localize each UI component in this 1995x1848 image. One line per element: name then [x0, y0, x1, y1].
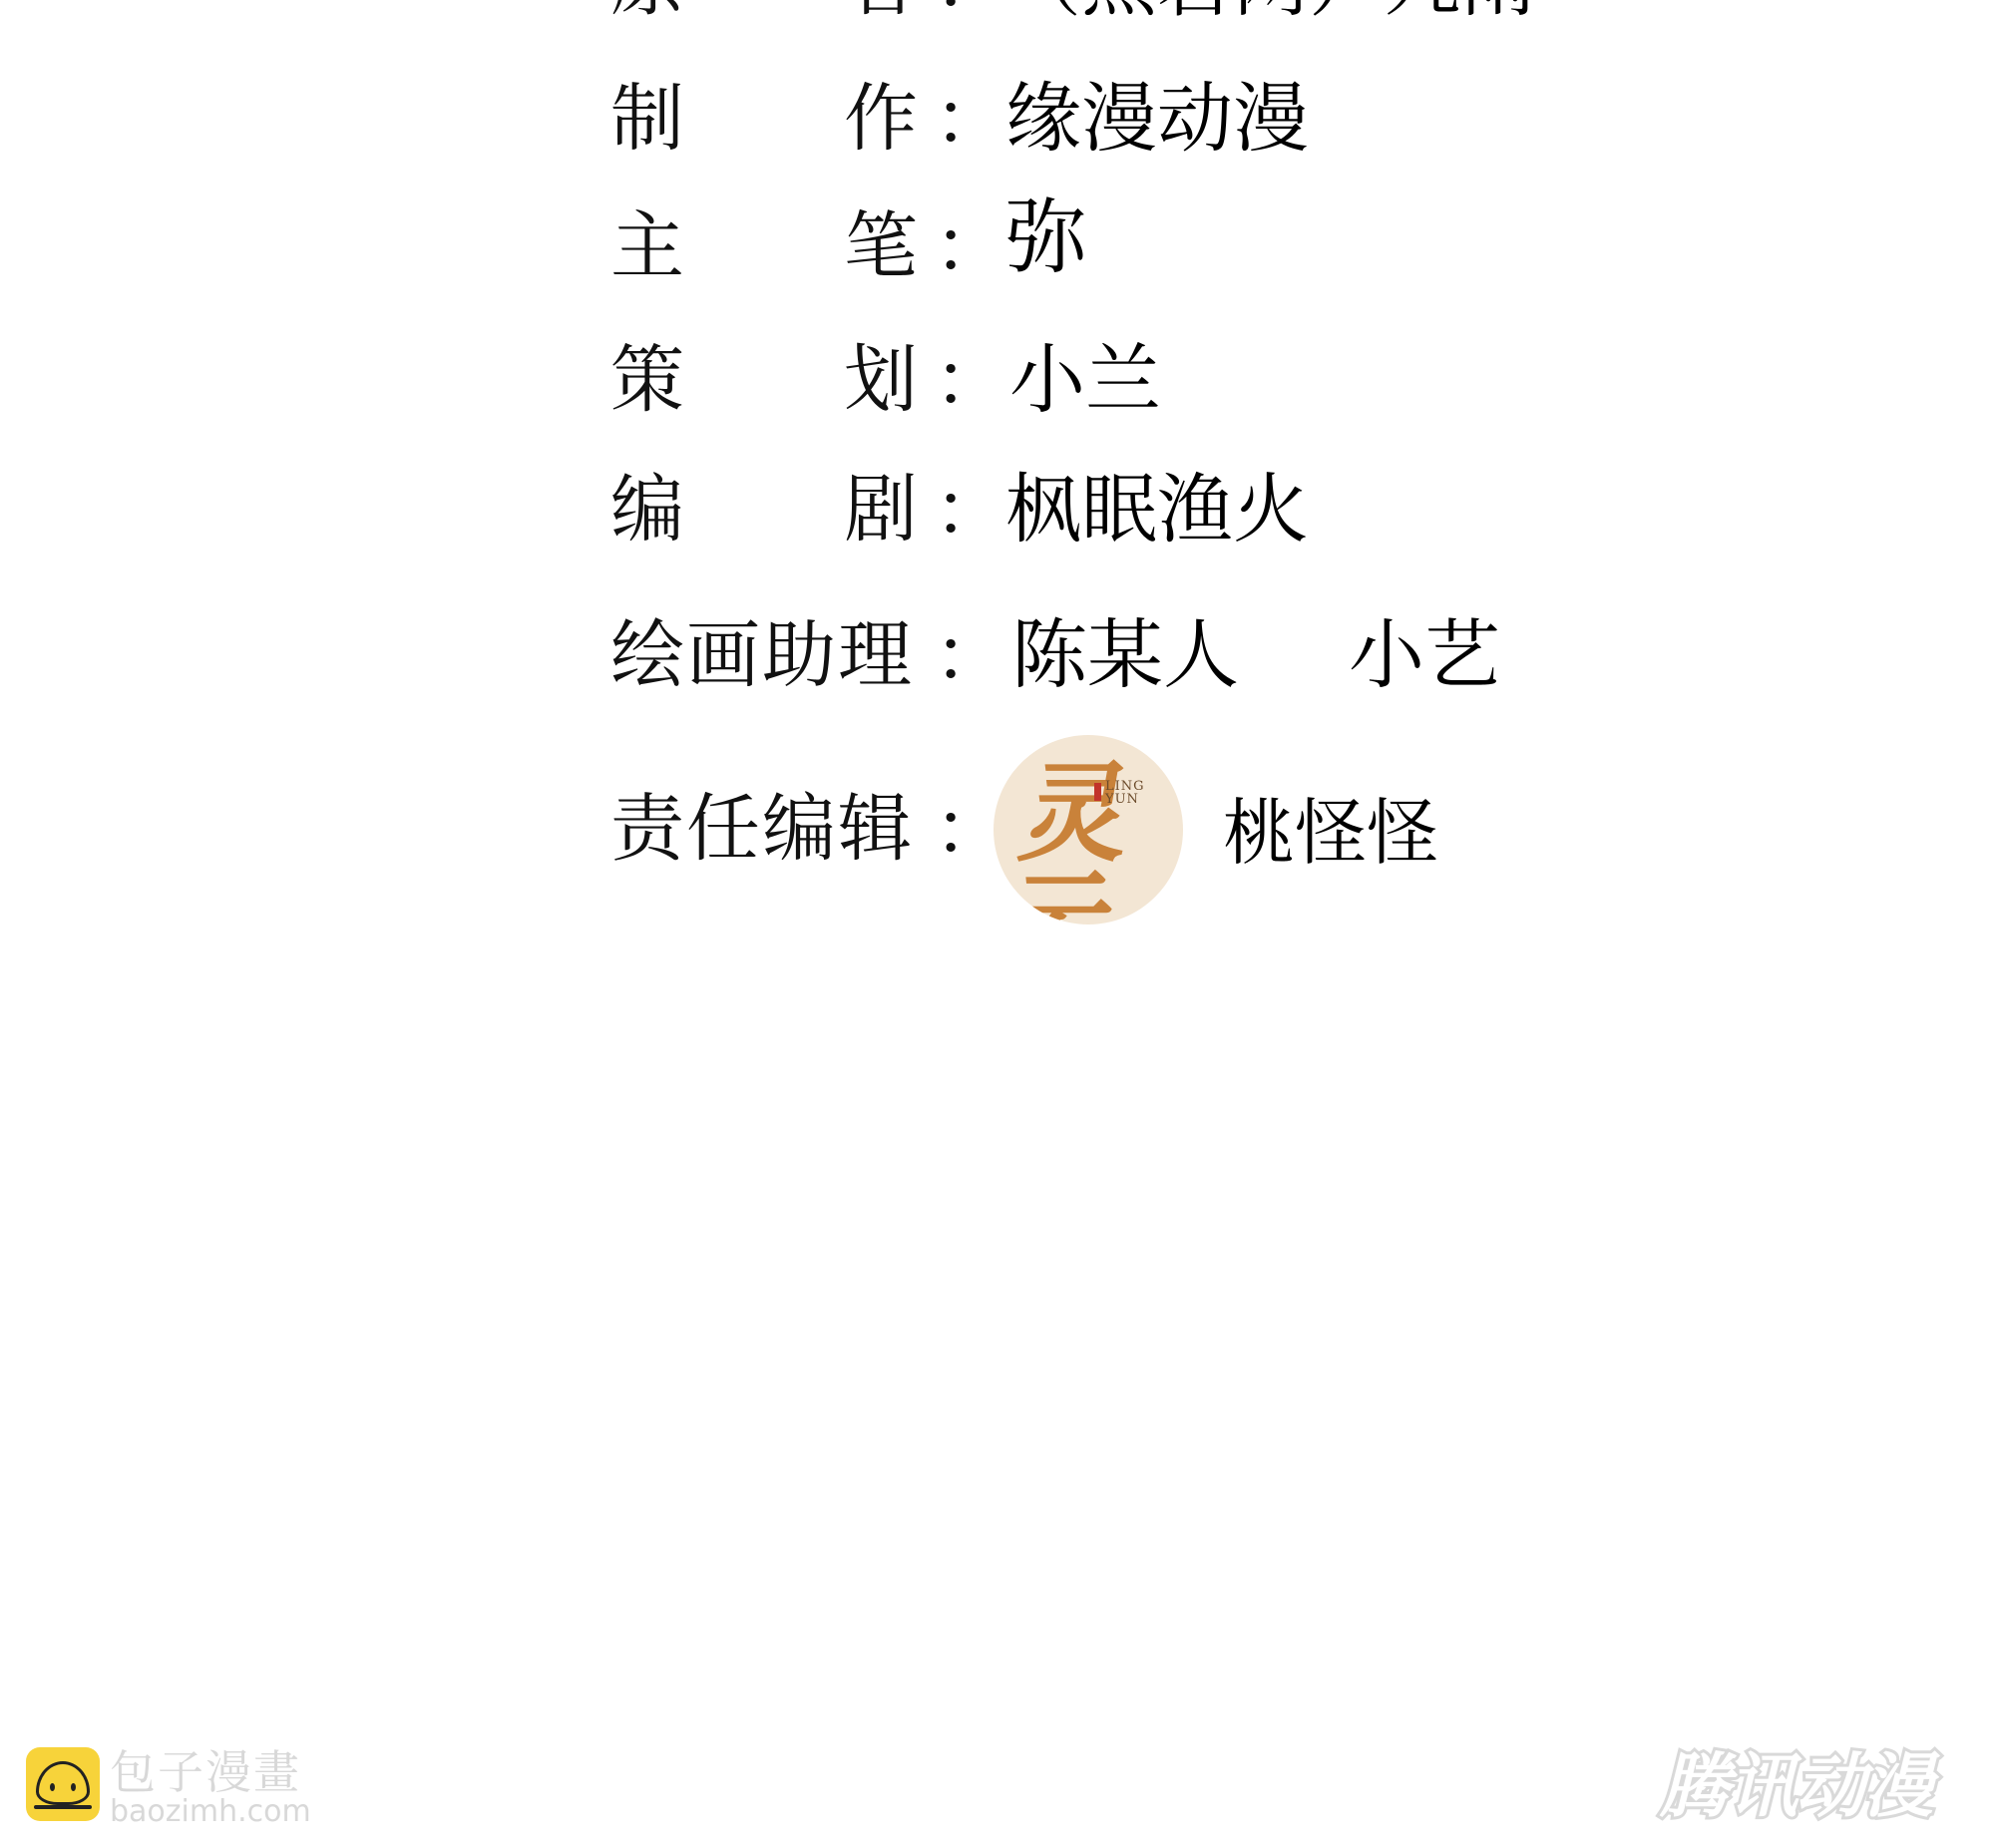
- credit-label-char: 策: [610, 335, 684, 425]
- credit-label-char: 划: [844, 335, 918, 425]
- credit-label-char: 剧: [844, 465, 918, 554]
- lingyun-calligraphy: 灵云: [995, 760, 1183, 924]
- credit-colon: ：: [934, 465, 1007, 554]
- credit-label-char: 制: [610, 74, 684, 164]
- credit-colon: ：: [934, 0, 1007, 28]
- credit-colon: ：: [934, 201, 1007, 291]
- credit-label-char: 著: [844, 0, 918, 28]
- lingyun-logo: 灵云 LING YUN: [994, 735, 1183, 924]
- credit-colon: ：: [934, 74, 1007, 164]
- credit-label-char: 原: [610, 0, 684, 28]
- credit-label: 责任编辑: [610, 784, 914, 874]
- credit-value: 陈某人: [1011, 610, 1239, 700]
- red-seal-icon: [1094, 783, 1101, 801]
- credit-label: 绘画助理: [610, 610, 914, 700]
- credit-value: 枫眠渔火: [1005, 465, 1309, 554]
- credit-label-char: 作: [844, 74, 918, 164]
- credit-value: 弥: [1005, 193, 1087, 283]
- watermark-text: 腾讯动漫: [1660, 1747, 1931, 1825]
- credit-label-char: 笔: [844, 201, 918, 291]
- credit-value: 缘漫动漫: [1005, 74, 1309, 164]
- bun-mascot-icon: [26, 1747, 100, 1821]
- lingyun-english-line-2: YUN: [1105, 792, 1139, 807]
- credit-label-char: 主: [610, 201, 684, 291]
- watermark-name: 包子漫畫: [110, 1747, 301, 1797]
- credit-value-second: 小艺: [1349, 610, 1500, 700]
- tencent-comics-watermark: 腾讯动漫: [1660, 1747, 1975, 1825]
- watermark-domain: baozimh.com: [110, 1797, 311, 1827]
- credit-value: 小兰: [1009, 335, 1161, 425]
- credit-colon: ：: [934, 335, 1007, 425]
- editor-name: 桃怪怪: [1223, 788, 1438, 878]
- lingyun-english: LING YUN: [1105, 780, 1145, 806]
- credit-value: （黑岩网）九雨: [1005, 0, 1536, 28]
- credit-colon: ：: [934, 610, 1007, 700]
- credit-label-char: 编: [610, 465, 684, 554]
